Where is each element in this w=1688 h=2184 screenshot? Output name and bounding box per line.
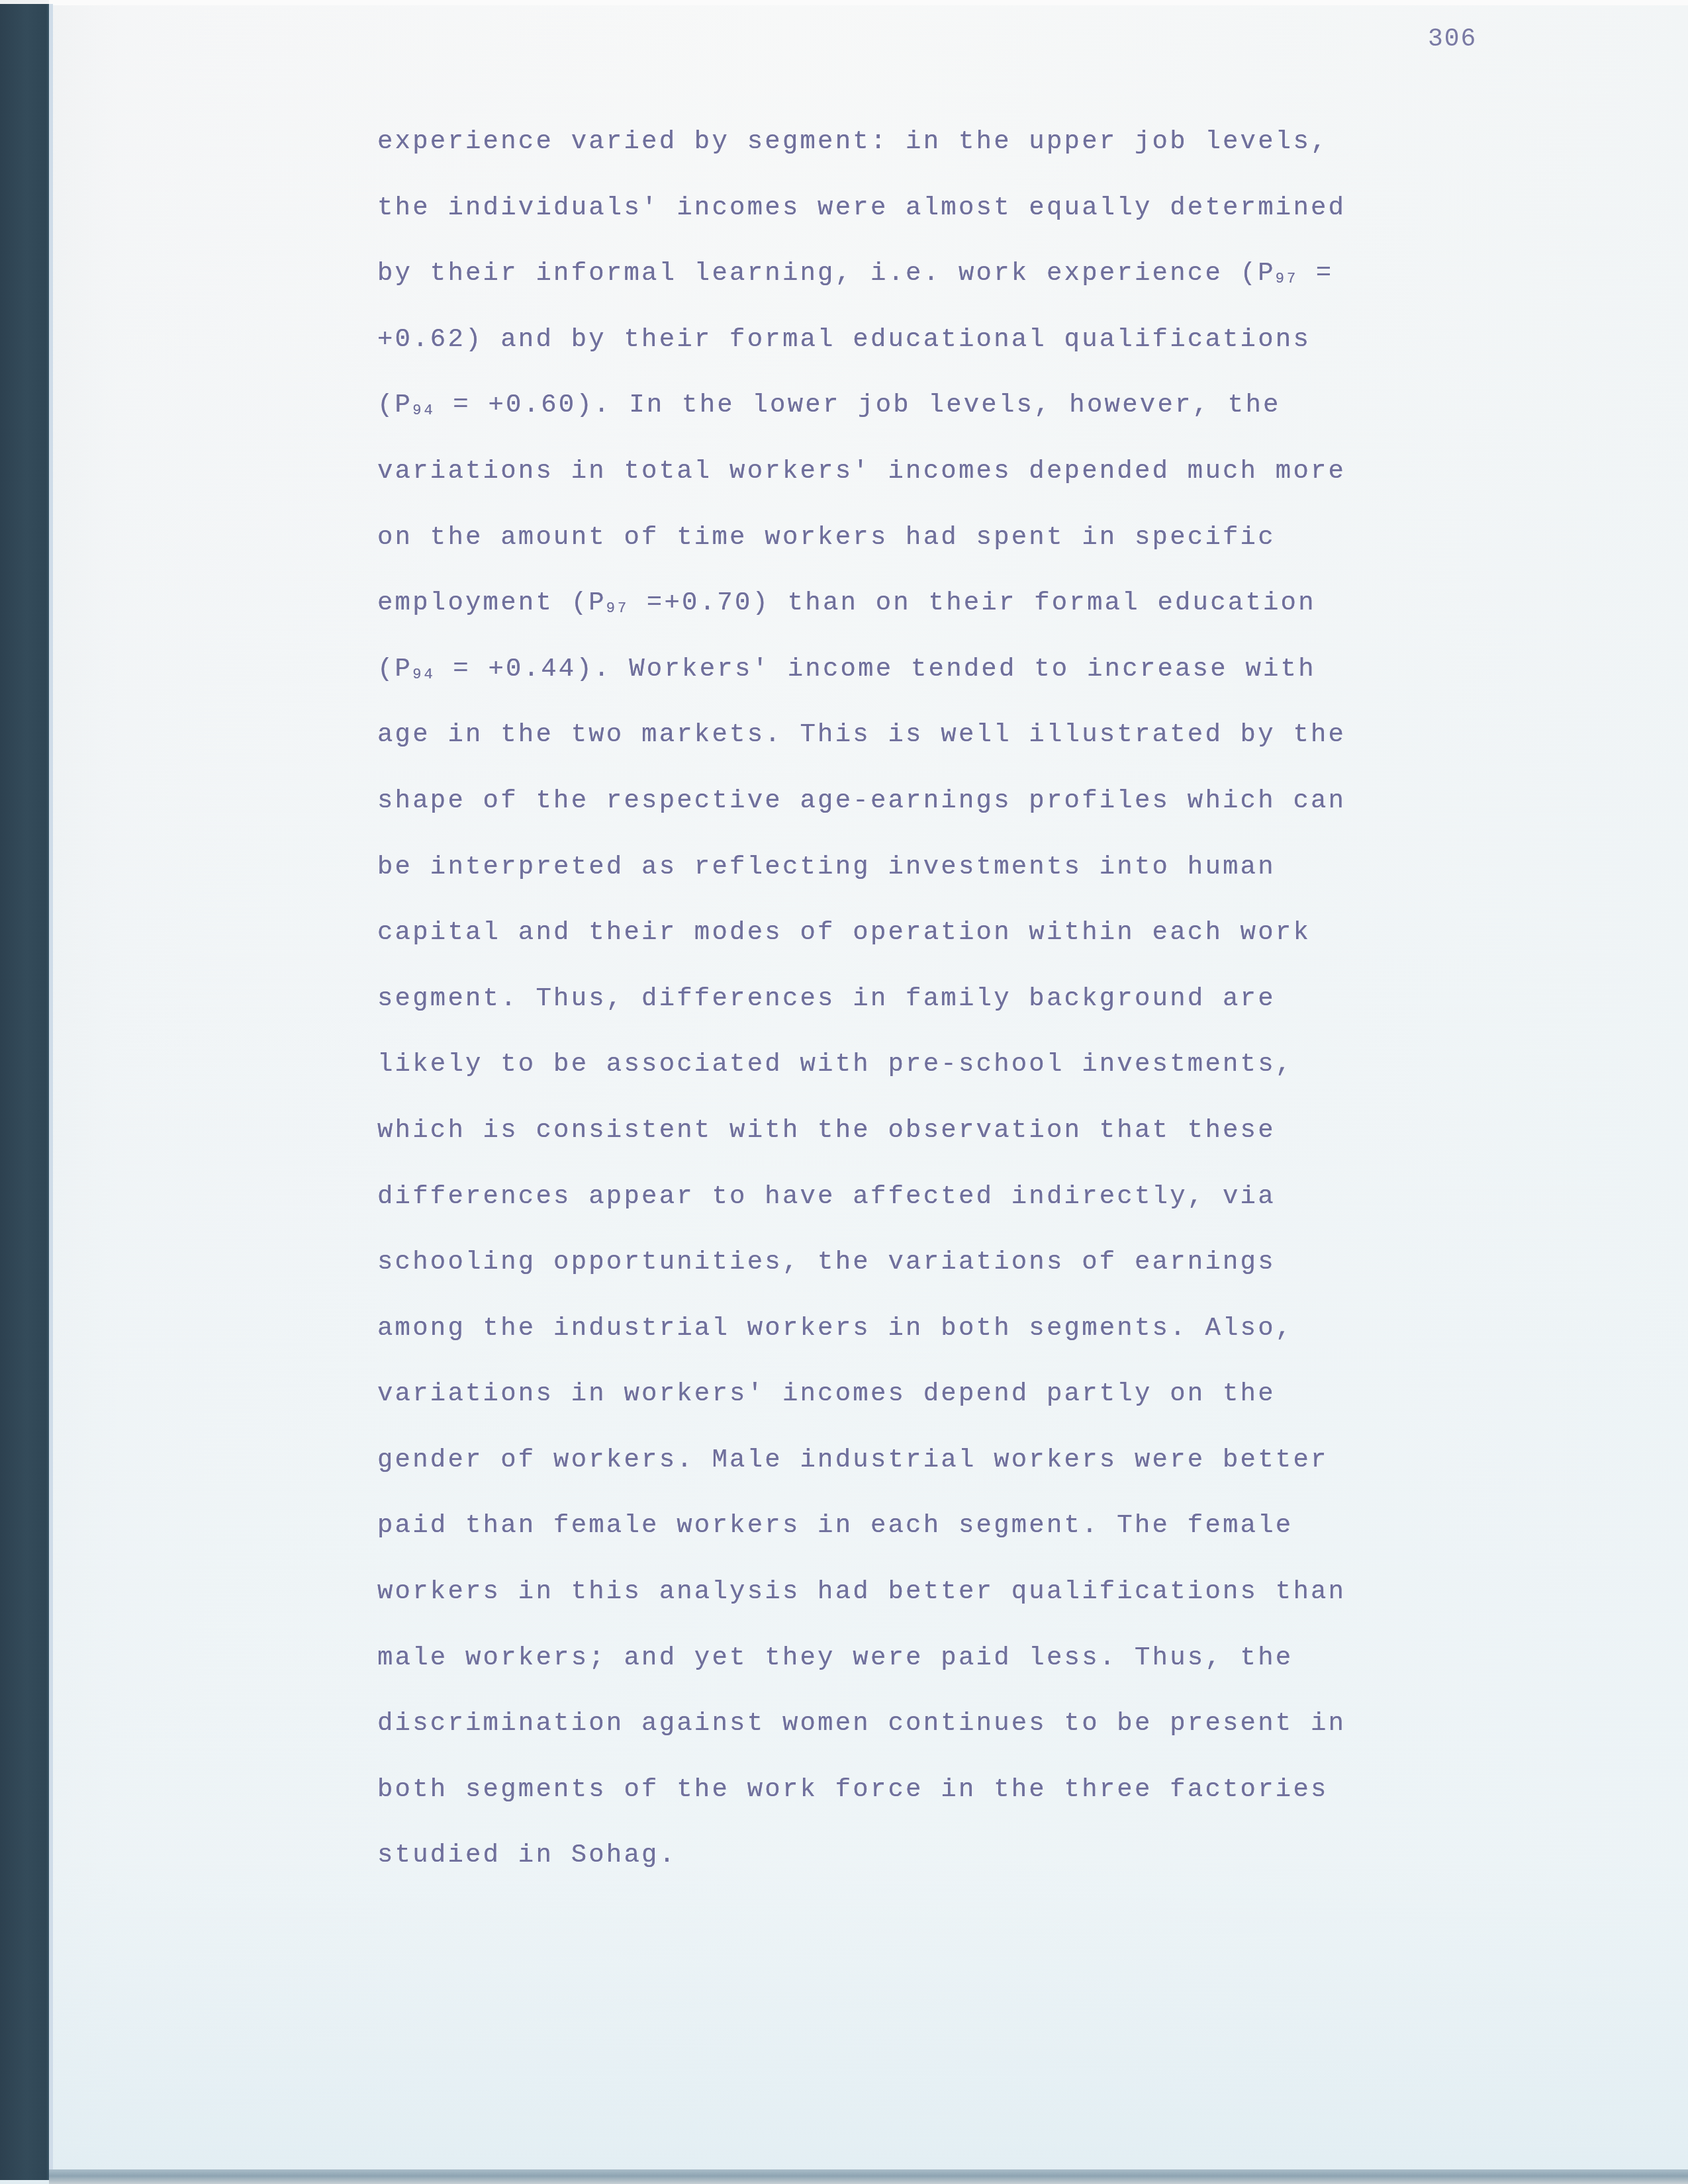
scanned-page: 306 experience varied by segment: in the… (0, 0, 1688, 2184)
text-line: which is consistent with the observation… (377, 1111, 1503, 1177)
line-text: which is consistent with the observation… (377, 1116, 1276, 1145)
line-text: on the amount of time workers had spent … (377, 523, 1276, 552)
body-paragraph: experience varied by segment: in the upp… (377, 122, 1503, 1901)
line-text: studied in Sohag. (377, 1841, 677, 1870)
line-text: +0.62) and by their formal educational q… (377, 325, 1311, 354)
line-text: both segments of the work force in the t… (377, 1775, 1329, 1804)
line-text: shape of the respective age-earnings pro… (377, 786, 1346, 815)
text-line: +0.62) and by their formal educational q… (377, 320, 1503, 386)
line-text: paid than female workers in each segment… (377, 1511, 1293, 1540)
line-text: the individuals' incomes were almost equ… (377, 193, 1346, 222)
line-text: = +0.44). Workers' income tended to incr… (436, 655, 1316, 684)
page-number: 306 (1428, 25, 1477, 54)
text-line: variations in workers' incomes depend pa… (377, 1374, 1503, 1440)
line-text: gender of workers. Male industrial worke… (377, 1445, 1329, 1475)
text-line: among the industrial workers in both seg… (377, 1308, 1503, 1375)
line-text: variations in total workers' incomes dep… (377, 457, 1346, 486)
text-line: segment. Thus, differences in family bac… (377, 979, 1503, 1045)
text-line: employment (P97 =+0.70) than on their fo… (377, 583, 1503, 649)
line-text: = (1298, 259, 1333, 288)
binding-spine (0, 4, 53, 2180)
line-text: discrimination against women continues t… (377, 1709, 1346, 1738)
line-text: differences appear to have affected indi… (377, 1182, 1276, 1211)
text-line: workers in this analysis had better qual… (377, 1572, 1503, 1638)
text-line: age in the two markets. This is well ill… (377, 715, 1503, 781)
coefficient-subscript: 97 (1276, 271, 1298, 287)
line-text: segment. Thus, differences in family bac… (377, 984, 1276, 1013)
text-line: gender of workers. Male industrial worke… (377, 1440, 1503, 1506)
text-line: capital and their modes of operation wit… (377, 913, 1503, 979)
line-text: employment (P (377, 588, 606, 617)
page-top-edge (49, 0, 1688, 5)
text-line: (P94 = +0.44). Workers' income tended to… (377, 649, 1503, 715)
line-text: be interpreted as reflecting investments… (377, 852, 1276, 882)
coefficient-subscript: 94 (412, 666, 435, 683)
text-line: both segments of the work force in the t… (377, 1770, 1503, 1836)
line-text: workers in this analysis had better qual… (377, 1577, 1346, 1606)
text-line: the individuals' incomes were almost equ… (377, 188, 1503, 254)
coefficient-subscript: 97 (606, 600, 629, 617)
line-text: variations in workers' incomes depend pa… (377, 1379, 1276, 1408)
text-line: differences appear to have affected indi… (377, 1177, 1503, 1243)
line-text: age in the two markets. This is well ill… (377, 720, 1346, 749)
coefficient-subscript: 94 (412, 402, 435, 419)
line-text: =+0.70) than on their formal education (629, 588, 1316, 617)
text-line: variations in total workers' incomes dep… (377, 451, 1503, 518)
text-line: schooling opportunities, the variations … (377, 1242, 1503, 1308)
line-text: male workers; and yet they were paid les… (377, 1643, 1293, 1672)
line-text: (P (377, 390, 412, 420)
text-line: on the amount of time workers had spent … (377, 518, 1503, 584)
text-line: be interpreted as reflecting investments… (377, 847, 1503, 913)
text-line: studied in Sohag. (377, 1835, 1503, 1901)
text-line: paid than female workers in each segment… (377, 1506, 1503, 1572)
line-text: by their informal learning, i.e. work ex… (377, 259, 1276, 288)
text-line: discrimination against women continues t… (377, 1704, 1503, 1770)
text-line: (P94 = +0.60). In the lower job levels, … (377, 385, 1503, 451)
line-text: capital and their modes of operation wit… (377, 918, 1311, 947)
line-text: = +0.60). In the lower job levels, howev… (436, 390, 1281, 420)
text-line: shape of the respective age-earnings pro… (377, 781, 1503, 847)
line-text: (P (377, 655, 412, 684)
line-text: likely to be associated with pre-school … (377, 1050, 1293, 1079)
page-bottom-edge (49, 2169, 1688, 2184)
text-line: experience varied by segment: in the upp… (377, 122, 1503, 188)
text-line: likely to be associated with pre-school … (377, 1044, 1503, 1111)
line-text: among the industrial workers in both seg… (377, 1314, 1293, 1343)
line-text: schooling opportunities, the variations … (377, 1248, 1276, 1277)
line-text: experience varied by segment: in the upp… (377, 127, 1329, 156)
text-line: male workers; and yet they were paid les… (377, 1638, 1503, 1704)
text-line: by their informal learning, i.e. work ex… (377, 253, 1503, 320)
